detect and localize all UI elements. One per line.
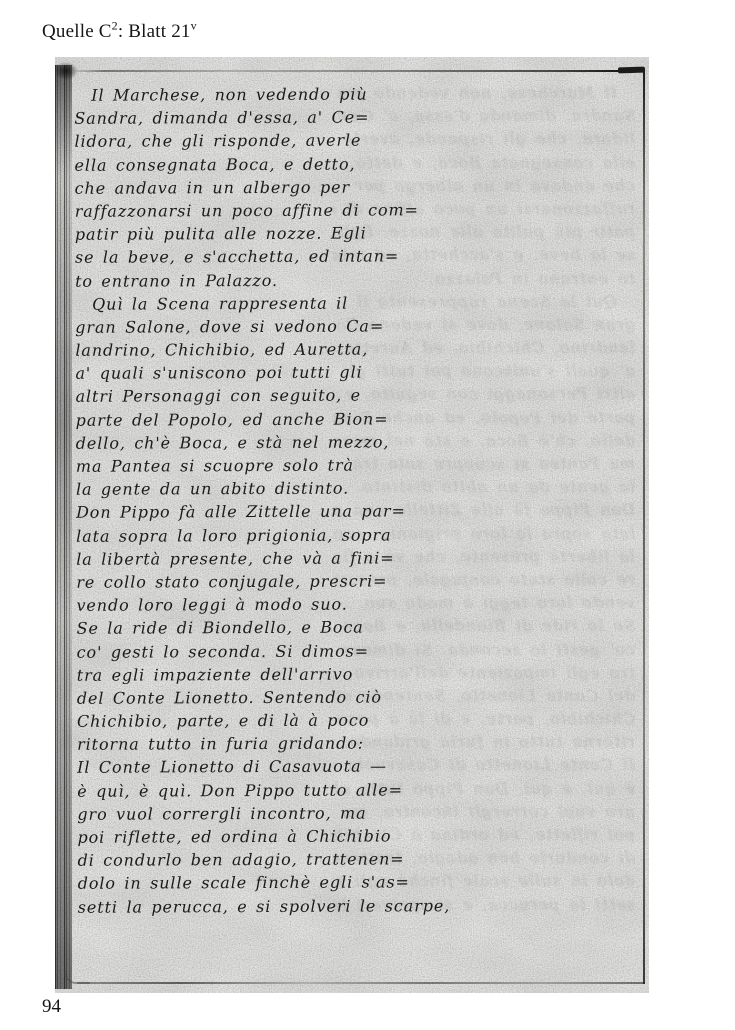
page-corner-mark-top-right bbox=[618, 67, 645, 74]
manuscript-line: re collo stato conjugale, prescri= bbox=[76, 569, 441, 594]
page-edge-top bbox=[70, 70, 645, 72]
manuscript-line: Il Marchese, non vedendo più bbox=[74, 82, 439, 107]
page-edge-bottom bbox=[77, 982, 645, 984]
manuscript-line: la libertà presente, che và a fini= bbox=[76, 546, 441, 571]
manuscript-line: altri Personaggi con seguito, e bbox=[75, 384, 440, 409]
manuscript-line: co' gesti lo seconda. Si dimos= bbox=[77, 639, 442, 664]
page-edge-right bbox=[643, 70, 645, 984]
manuscript-line: la gente da un abito distinto. bbox=[76, 476, 441, 501]
manuscript-line: tra egli impaziente dell'arrivo bbox=[77, 662, 442, 687]
binding-edge bbox=[55, 65, 72, 989]
manuscript-line: vendo loro leggi à modo suo. bbox=[76, 592, 441, 617]
manuscript-line: a' quali s'uniscono poi tutti gli bbox=[75, 360, 440, 385]
manuscript-line: Don Pippo fà alle Zittelle una par= bbox=[76, 500, 441, 525]
manuscript-line: Quì la Scena rappresenta il bbox=[75, 291, 440, 316]
book-page: Quelle C2: Blatt 21v Il Marchese, non ve… bbox=[0, 0, 735, 1030]
manuscript-line: di condurlo ben adagio, trattenen= bbox=[78, 847, 443, 872]
manuscript-line: ma Pantea si scuopre solo trà bbox=[76, 453, 441, 478]
manuscript-line: poi riflette, ed ordina à Chichibio bbox=[77, 824, 442, 849]
manuscript-line: lidora, che gli risponde, averle bbox=[74, 129, 439, 154]
manuscript-line: Sandra, dimanda d'essa, a' Ce= bbox=[74, 105, 439, 130]
manuscript-scan: Il Marchese, non vedendo piùSandra, dima… bbox=[55, 57, 649, 993]
manuscript-line: del Conte Lionetto. Sentendo ciò bbox=[77, 685, 442, 710]
manuscript-line: landrino, Chichibio, ed Auretta, bbox=[75, 337, 440, 362]
manuscript-line: raffazzonarsi un poco affine di com= bbox=[75, 198, 440, 223]
manuscript-line: è quì, è quì. Don Pippo tutto alle= bbox=[77, 778, 442, 803]
manuscript-line: to entrano in Palazzo. bbox=[75, 268, 440, 293]
manuscript-line: ella consegnata Boca, e detto, bbox=[74, 152, 439, 177]
manuscript-line: Il Conte Lionetto di Casavuota — bbox=[77, 755, 442, 780]
manuscript-line: dello, ch'è Boca, e stà nel mezzo, bbox=[76, 430, 441, 455]
heading-middle: : Blatt 21 bbox=[118, 21, 191, 42]
manuscript-line: parte del Popolo, ed anche Bion= bbox=[76, 407, 441, 432]
handwritten-text: Il Marchese, non vedendo piùSandra, dima… bbox=[74, 82, 443, 918]
manuscript-line: Se la ride di Biondello, e Boca bbox=[77, 616, 442, 641]
heading-prefix: Quelle C bbox=[42, 21, 112, 42]
manuscript-line: lata sopra la loro prigionia, sopra bbox=[76, 523, 441, 548]
manuscript-line: setti la perucca, e si spolveri le scarp… bbox=[78, 894, 443, 919]
manuscript-line: che andava in un albergo per bbox=[75, 175, 440, 200]
manuscript-line: gro vuol corrergli incontro, ma bbox=[77, 801, 442, 826]
manuscript-line: se la beve, e s'acchetta, ed intan= bbox=[75, 245, 440, 270]
manuscript-line: gran Salone, dove si vedono Ca= bbox=[75, 314, 440, 339]
page-number: 94 bbox=[42, 996, 61, 1018]
source-heading: Quelle C2: Blatt 21v bbox=[42, 21, 197, 43]
manuscript-line: ritorna tutto in furia gridando: bbox=[77, 731, 442, 756]
manuscript-line: Chichibio, parte, e di là à poco bbox=[77, 708, 442, 733]
manuscript-line: dolo in sulle scale finchè egli s'as= bbox=[78, 871, 443, 896]
heading-superscript-folio: v bbox=[191, 19, 197, 33]
manuscript-line: patir più pulita alle nozze. Egli bbox=[75, 221, 440, 246]
